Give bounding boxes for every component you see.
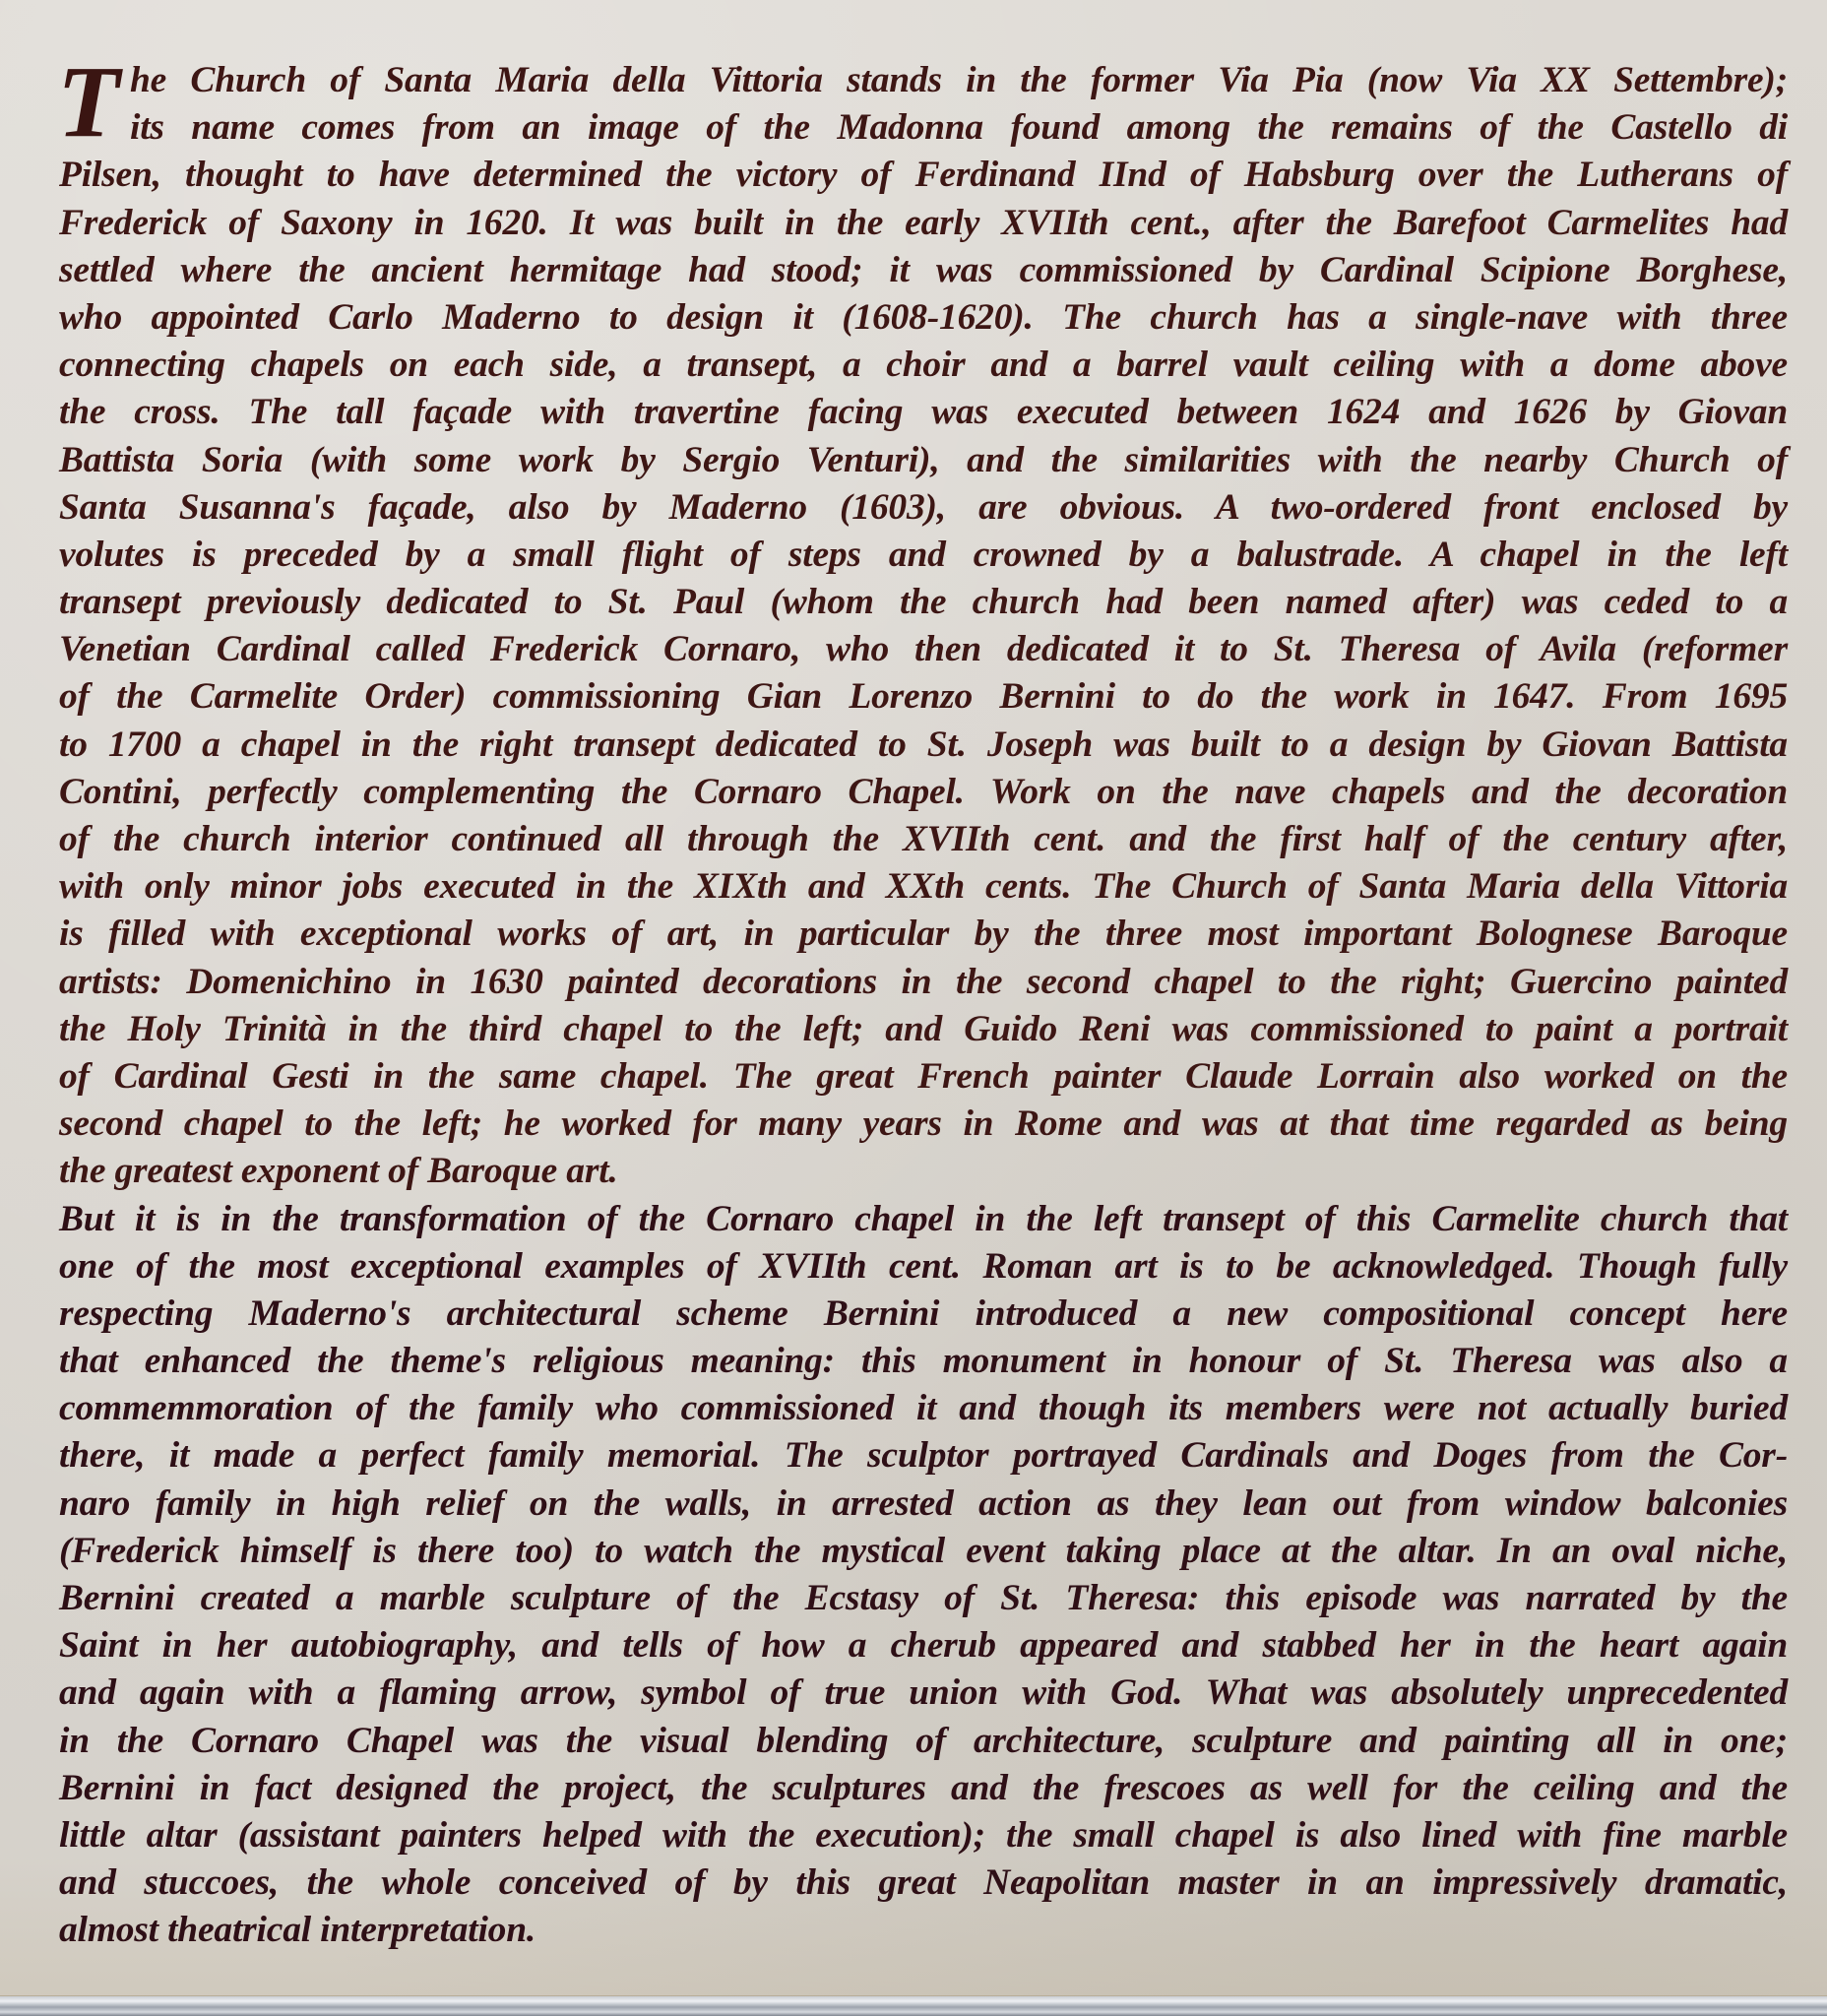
text-line: one of the most exceptional examples of … bbox=[59, 1243, 1788, 1291]
text-line: of Cardinal Gesti in the same chapel. Th… bbox=[59, 1053, 1788, 1101]
text-line: Contini, perfectly complementing the Cor… bbox=[59, 769, 1788, 816]
paragraph-history: T he Church of Santa Maria della Vittori… bbox=[59, 57, 1788, 1196]
text-line: volutes is preceded by a small flight of… bbox=[59, 532, 1788, 579]
text-line: Saint in her autobiography, and tells of… bbox=[59, 1622, 1788, 1669]
drop-cap: T bbox=[57, 59, 119, 146]
text-line: Battista Soria (with some work by Sergio… bbox=[59, 437, 1788, 484]
info-plaque: T he Church of Santa Maria della Vittori… bbox=[0, 0, 1827, 1992]
text-line: Frederick of Saxony in 1620. It was buil… bbox=[59, 200, 1788, 247]
text-line: of the Carmelite Order) commissioning Gi… bbox=[59, 673, 1788, 721]
text-line: T he Church of Santa Maria della Vittori… bbox=[59, 57, 1788, 104]
text-line: (Frederick himself is there too) to watc… bbox=[59, 1528, 1788, 1575]
text-line: the Holy Trinità in the third chapel to … bbox=[59, 1006, 1788, 1053]
text-line: Bernini in fact designed the project, th… bbox=[59, 1765, 1788, 1812]
text-line: second chapel to the left; he worked for… bbox=[59, 1101, 1788, 1148]
text-line: the greatest exponent of Baroque art. bbox=[59, 1148, 1788, 1195]
paragraph-cornaro-chapel: But it is in the transformation of the C… bbox=[59, 1196, 1788, 1955]
text-line: But it is in the transformation of the C… bbox=[59, 1196, 1788, 1243]
text-line: almost theatrical interpretation. bbox=[59, 1907, 1788, 1954]
plaque-text: T he Church of Santa Maria della Vittori… bbox=[59, 57, 1788, 1955]
text-line: and again with a flaming arrow, symbol o… bbox=[59, 1669, 1788, 1717]
text-line: Venetian Cardinal called Frederick Corna… bbox=[59, 626, 1788, 673]
text-line: settled where the ancient hermitage had … bbox=[59, 247, 1788, 294]
text-line: its name comes from an image of the Mado… bbox=[59, 104, 1788, 152]
text-line: Santa Susanna's façade, also by Maderno … bbox=[59, 484, 1788, 532]
text-line: Bernini created a marble sculpture of th… bbox=[59, 1575, 1788, 1622]
text-line: commemmoration of the family who commiss… bbox=[59, 1385, 1788, 1432]
text-line: Pilsen, thought to have determined the v… bbox=[59, 152, 1788, 199]
text-line: with only minor jobs executed in the XIX… bbox=[59, 863, 1788, 911]
text-line: respecting Maderno's architectural schem… bbox=[59, 1291, 1788, 1338]
text-line: of the church interior continued all thr… bbox=[59, 816, 1788, 863]
text-line: connecting chapels on each side, a trans… bbox=[59, 342, 1788, 389]
text-line: artists: Domenichino in 1630 painted dec… bbox=[59, 959, 1788, 1006]
text-line: there, it made a perfect family memorial… bbox=[59, 1432, 1788, 1480]
text-line: transept previously dedicated to St. Pau… bbox=[59, 579, 1788, 626]
text-line: to 1700 a chapel in the right transept d… bbox=[59, 722, 1788, 769]
text-line: who appointed Carlo Maderno to design it… bbox=[59, 294, 1788, 342]
text-line: and stuccoes, the whole conceived of by … bbox=[59, 1859, 1788, 1907]
text-line: the cross. The tall façade with traverti… bbox=[59, 389, 1788, 436]
text-line: that enhanced the theme's religious mean… bbox=[59, 1338, 1788, 1385]
text-line: in the Cornaro Chapel was the visual ble… bbox=[59, 1718, 1788, 1765]
text-line: little altar (assistant painters helped … bbox=[59, 1812, 1788, 1859]
text-line: is filled with exceptional works of art,… bbox=[59, 911, 1788, 958]
text-line: naro family in high relief on the walls,… bbox=[59, 1480, 1788, 1528]
metal-frame-edge bbox=[0, 1995, 1827, 2016]
